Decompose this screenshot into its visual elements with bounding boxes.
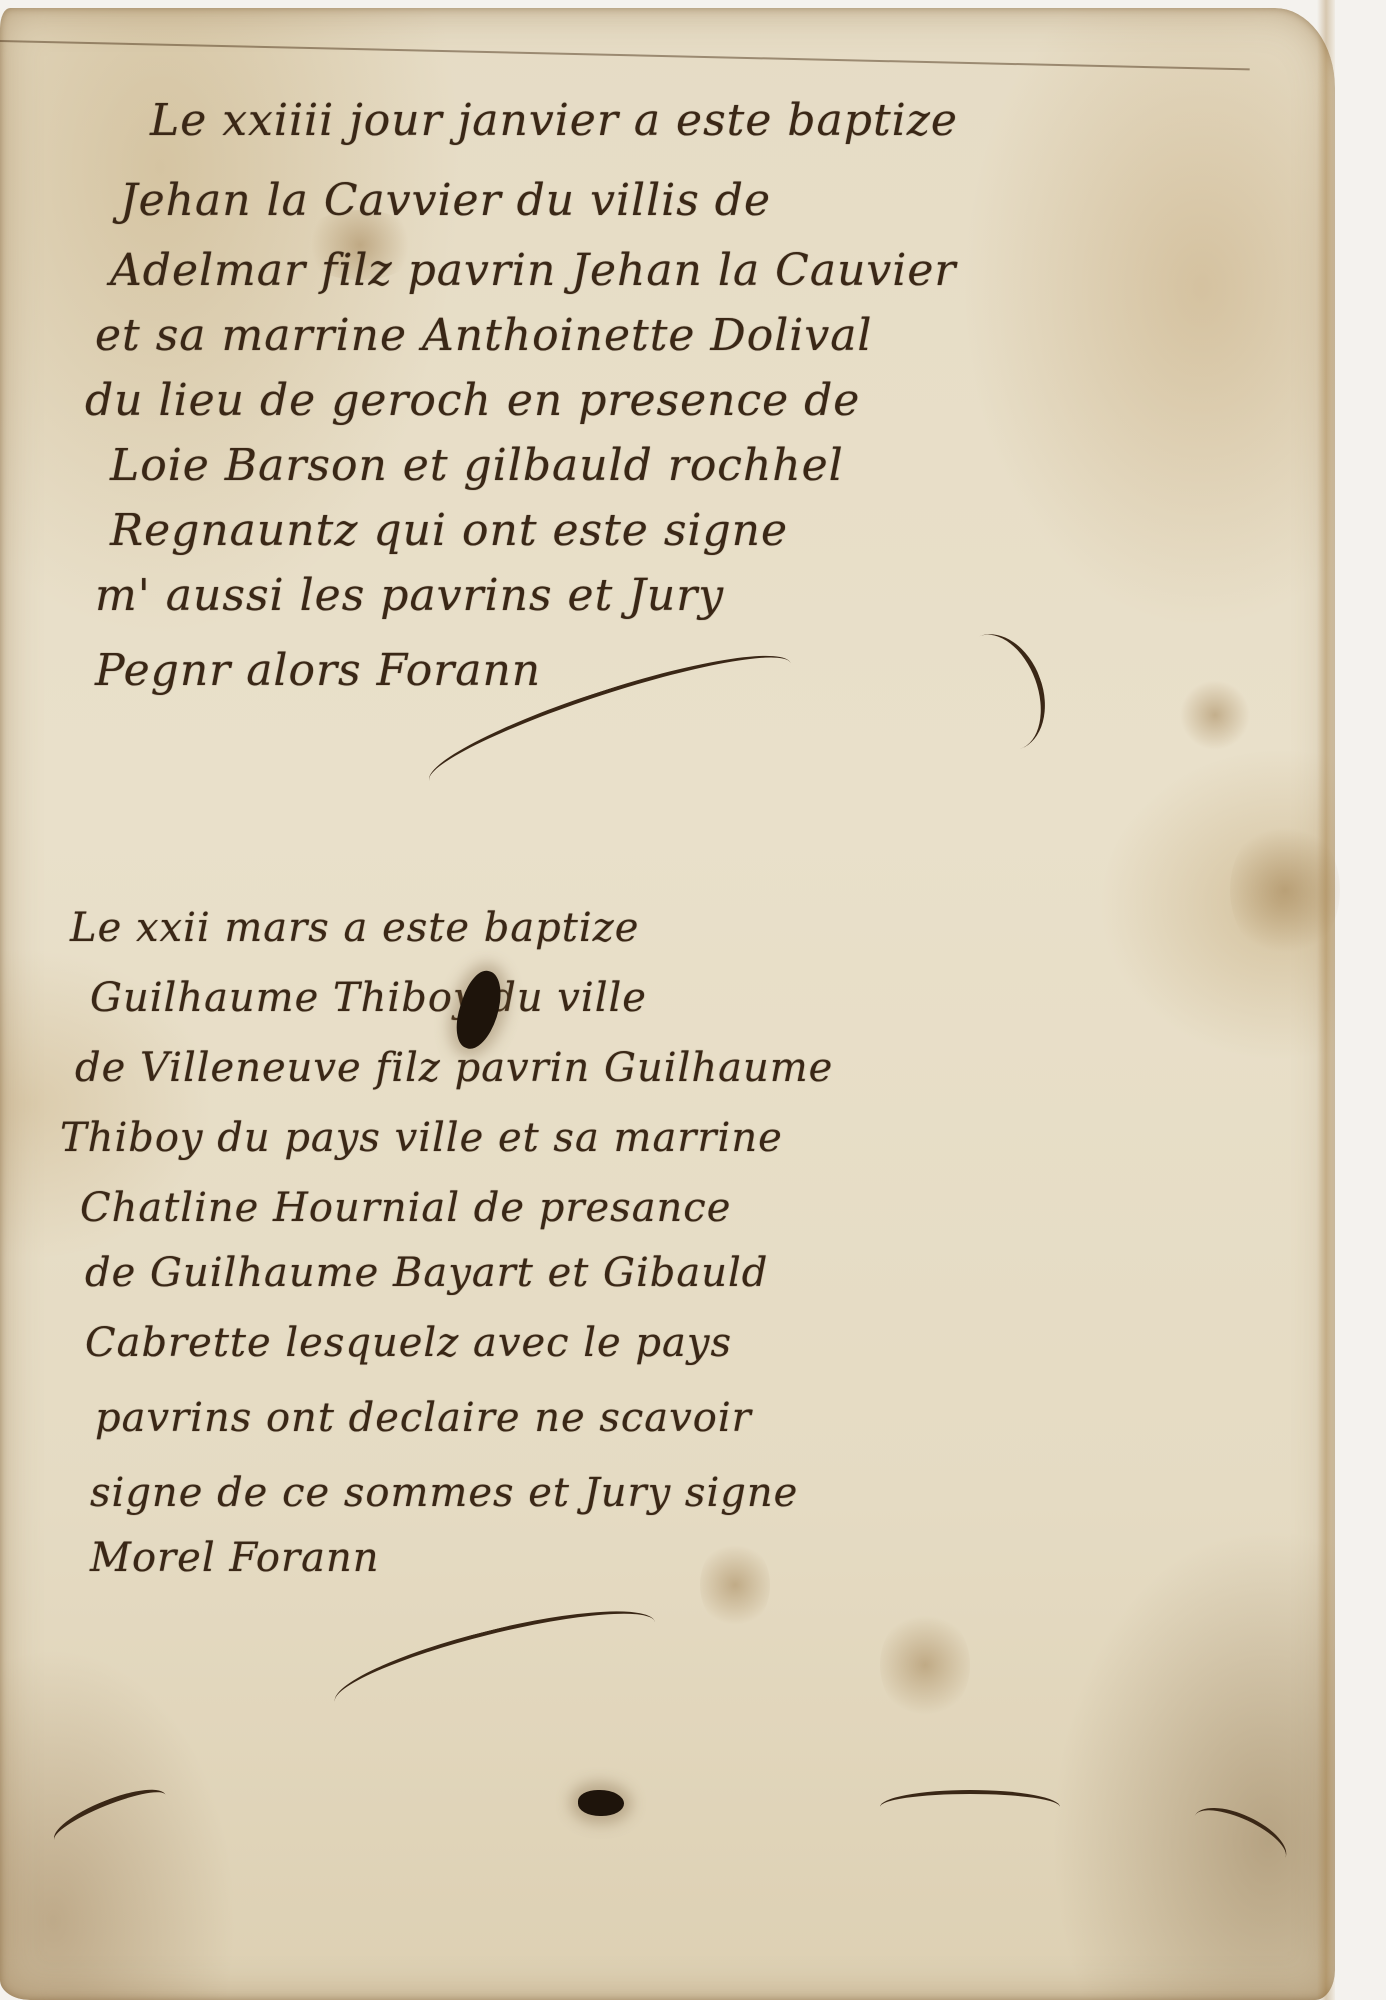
entry-2-line-7: Cabrette lesquelz avec le pays	[85, 1320, 732, 1366]
entry-1-line-5: du lieu de geroch en presence de	[85, 375, 860, 426]
entry-2-line-2: Guilhaume Thiboy du ville	[90, 975, 647, 1021]
entry-2-line-3: de Villeneuve filz pavrin Guilhaume	[75, 1045, 833, 1091]
entry-2-line-6: de Guilhaume Bayart et Gibauld	[85, 1250, 768, 1296]
stain	[880, 1610, 970, 1720]
paper-fold-edge	[1317, 0, 1335, 2000]
entry-2-line-10: Morel Forann	[90, 1535, 379, 1581]
entry-1-line-8: m' aussi les pavrins et Jury	[95, 570, 724, 621]
manuscript-scan: Le xxiiii jour janvier a este baptize Je…	[0, 0, 1386, 2000]
entry-2-line-4: Thiboy du pays ville et sa marrine	[60, 1115, 783, 1161]
entry-1-line-6: Loie Barson et gilbauld rochhel	[110, 440, 844, 491]
stray-pen-stroke	[880, 1790, 1060, 1824]
entry-1-line-4: et sa marrine Anthoinette Dolival	[95, 310, 873, 361]
entry-1-line-9: Pegnr alors Forann	[95, 645, 541, 696]
entry-2-line-8: pavrins ont declaire ne scavoir	[95, 1395, 752, 1441]
stain	[1230, 820, 1340, 960]
ink-blot	[578, 1790, 624, 1816]
entry-2-line-9: signe de ce sommes et Jury signe	[90, 1470, 798, 1516]
stain	[1180, 680, 1250, 750]
entry-2-line-1: Le xxii mars a este baptize	[70, 905, 639, 951]
stain	[700, 1540, 770, 1630]
entry-1-line-2: Jehan la Cavvier du villis de	[120, 175, 771, 226]
entry-1-line-7: Regnauntz qui ont este signe	[110, 505, 788, 556]
entry-2-line-5: Chatline Hournial de presance	[80, 1185, 731, 1231]
entry-1-line-3: Adelmar filz pavrin Jehan la Cauvier	[110, 245, 956, 296]
entry-1-line-1: Le xxiiii jour janvier a este baptize	[150, 95, 958, 146]
